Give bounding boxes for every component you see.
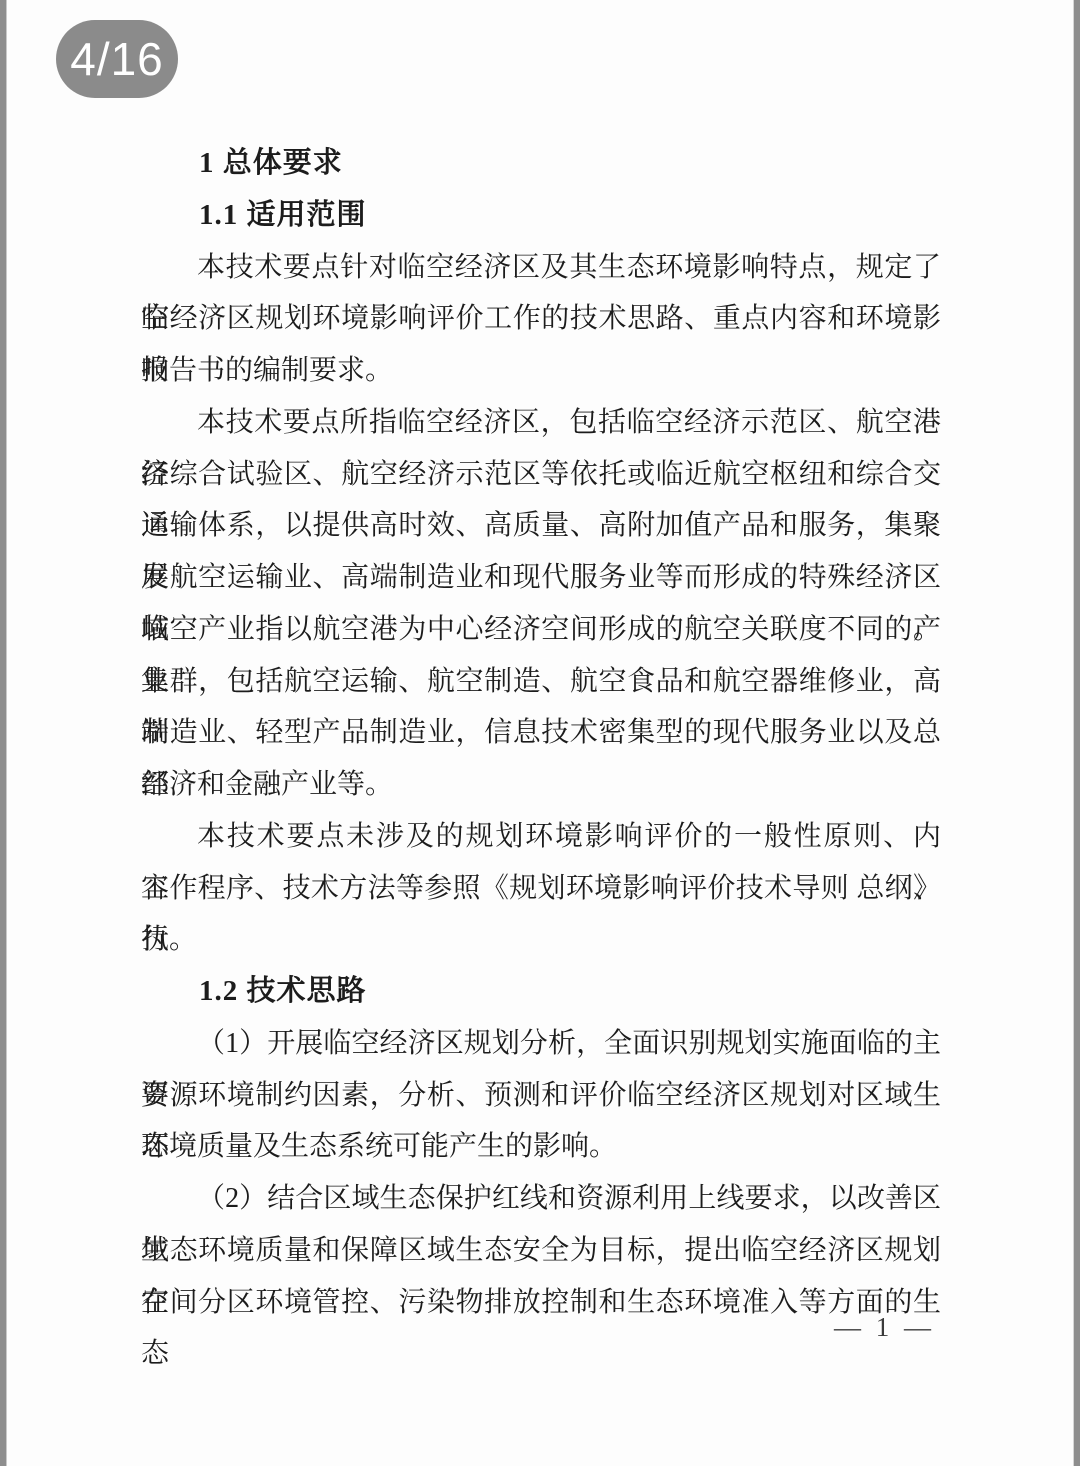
text-line: 环境质量及生态系统可能产生的影响。: [141, 1121, 941, 1173]
text-line: 济综合试验区、航空经济示范区等依托或临近航空枢纽和综合交通: [141, 449, 941, 501]
text-line: 报告书的编制要求。: [141, 345, 941, 397]
text-line: 本技术要点所指临空经济区，包括临空经济示范区、航空港经: [141, 397, 941, 449]
text-line: 空间分区环境管控、污染物排放控制和生态环境准入等方面的生态: [141, 1277, 941, 1329]
text-line: （1）开展临空经济区规划分析，全面识别规划实施面临的主要: [141, 1018, 941, 1070]
text-line: （2）结合区域生态保护红线和资源利用上线要求，以改善区域: [141, 1173, 941, 1225]
text-line: 集群，包括航空运输、航空制造、航空食品和航空器维修业，高端: [141, 656, 941, 708]
text-line: 本技术要点未涉及的规划环境影响评价的一般性原则、内容、: [141, 811, 941, 863]
text-line: 工作程序、技术方法等参照《规划环境影响评价技术导则 总纲》执: [141, 863, 941, 915]
text-line: 展航空运输业、高端制造业和现代服务业等而形成的特殊经济区域。: [141, 552, 941, 604]
page-indicator-badge: 4/16: [56, 20, 178, 98]
text-line: 资源环境制约因素，分析、预测和评价临空经济区规划对区域生态: [141, 1070, 941, 1122]
text-line: 临空产业指以航空港为中心经济空间形成的航空关联度不同的产业: [141, 604, 941, 656]
viewer-edge-right: [1073, 0, 1080, 1466]
text-line: 经济和金融产业等。: [141, 759, 941, 811]
paragraph-4: （1）开展临空经济区规划分析，全面识别规划实施面临的主要 资源环境制约因素，分析…: [141, 1018, 941, 1173]
document-page: 1 总体要求 1.1 适用范围 本技术要点针对临空经济区及其生态环境影响特点，规…: [141, 138, 941, 1328]
paragraph-1: 本技术要点针对临空经济区及其生态环境影响特点，规定了临 空经济区规划环境影响评价…: [141, 242, 941, 397]
text-line: 空经济区规划环境影响评价工作的技术思路、重点内容和环境影响: [141, 293, 941, 345]
page-footer-number: — 1 —: [834, 1312, 935, 1343]
text-line: 生态环境质量和保障区域生态安全为目标，提出临空经济区规划在: [141, 1225, 941, 1277]
section-heading-1-2: 1.2 技术思路: [141, 966, 941, 1018]
paragraph-3: 本技术要点未涉及的规划环境影响评价的一般性原则、内容、 工作程序、技术方法等参照…: [141, 811, 941, 966]
text-line: 行。: [141, 914, 941, 966]
text-line: 运输体系，以提供高时效、高质量、高附加值产品和服务，集聚发: [141, 500, 941, 552]
section-heading-1-1: 1.1 适用范围: [141, 190, 941, 242]
text-line: 本技术要点针对临空经济区及其生态环境影响特点，规定了临: [141, 242, 941, 294]
section-heading-1: 1 总体要求: [141, 138, 941, 190]
paragraph-2: 本技术要点所指临空经济区，包括临空经济示范区、航空港经 济综合试验区、航空经济示…: [141, 397, 941, 811]
paragraph-5: （2）结合区域生态保护红线和资源利用上线要求，以改善区域 生态环境质量和保障区域…: [141, 1173, 941, 1328]
text-line: 制造业、轻型产品制造业，信息技术密集型的现代服务业以及总部: [141, 707, 941, 759]
viewer-edge-left: [0, 0, 7, 1466]
page-indicator-label: 4/16: [70, 32, 164, 86]
